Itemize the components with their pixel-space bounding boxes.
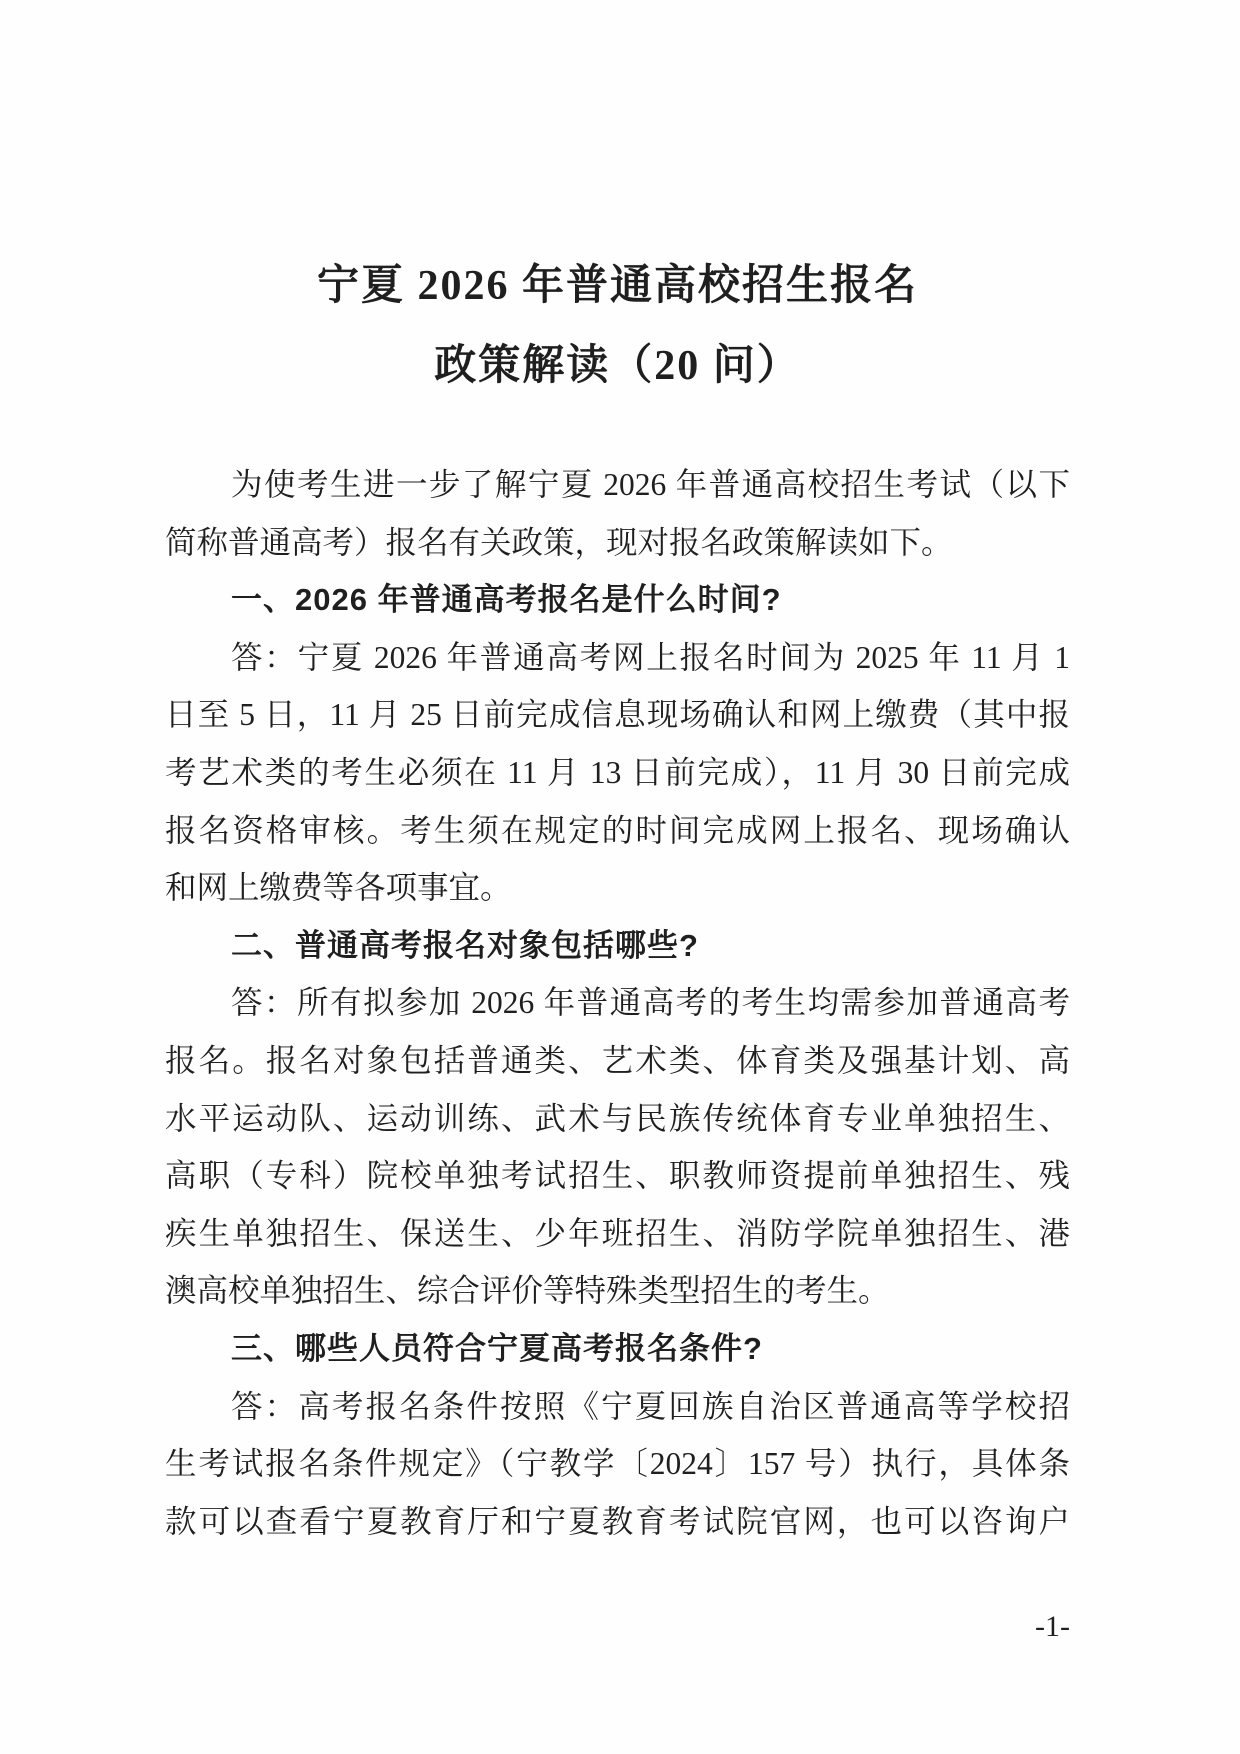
page-number: -1- xyxy=(1035,1608,1070,1646)
answer-line: 答：宁夏 2026 年普通高考网上报名时间为 2025 年 11 月 1 xyxy=(165,629,1070,687)
answer-line: 报名资格审核。考生须在规定的时间完成网上报名、现场确认 xyxy=(165,802,1070,860)
answer-line: 水平运动队、运动训练、武术与民族传统体育专业单独招生、 xyxy=(165,1090,1070,1148)
section-heading-q1: 一、2026 年普通高考报名是什么时间? xyxy=(165,571,1070,629)
section-heading-q3: 三、哪些人员符合宁夏高考报名条件? xyxy=(165,1320,1070,1378)
answer-line: 答：所有拟参加 2026 年普通高考的考生均需参加普通高考 xyxy=(165,974,1070,1032)
answer-line: 疾生单独招生、保送生、少年班招生、消防学院单独招生、港 xyxy=(165,1205,1070,1263)
document-title: 宁夏 2026 年普通高校招生报名 政策解读（20 问） xyxy=(165,246,1070,406)
answer-line: 款可以查看宁夏教育厅和宁夏教育考试院官网，也可以咨询户 xyxy=(165,1493,1070,1551)
answer-line: 报名。报名对象包括普通类、艺术类、体育类及强基计划、高 xyxy=(165,1032,1070,1090)
answer-line: 澳高校单独招生、综合评价等特殊类型招生的考生。 xyxy=(165,1262,1070,1320)
document-page: 宁夏 2026 年普通高校招生报名 政策解读（20 问） 为使考生进一步了解宁夏… xyxy=(0,0,1240,1754)
intro-line: 为使考生进一步了解宁夏 2026 年普通高校招生考试（以下 xyxy=(165,456,1070,514)
title-line-2: 政策解读（20 问） xyxy=(165,326,1070,406)
answer-line: 日至 5 日，11 月 25 日前完成信息现场确认和网上缴费（其中报 xyxy=(165,686,1070,744)
answer-line: 和网上缴费等各项事宜。 xyxy=(165,859,1070,917)
answer-line: 高职（专科）院校单独考试招生、职教师资提前单独招生、残 xyxy=(165,1147,1070,1205)
title-line-1: 宁夏 2026 年普通高校招生报名 xyxy=(165,246,1070,326)
answer-line: 考艺术类的考生必须在 11 月 13 日前完成），11 月 30 日前完成 xyxy=(165,744,1070,802)
intro-line: 简称普通高考）报名有关政策，现对报名政策解读如下。 xyxy=(165,514,1070,572)
answer-line: 答：高考报名条件按照《宁夏回族自治区普通高等学校招 xyxy=(165,1378,1070,1436)
section-heading-q2: 二、普通高考报名对象包括哪些? xyxy=(165,917,1070,975)
answer-line: 生考试报名条件规定》（宁教学〔2024〕157 号）执行，具体条 xyxy=(165,1435,1070,1493)
document-body: 为使考生进一步了解宁夏 2026 年普通高校招生考试（以下 简称普通高考）报名有… xyxy=(165,456,1070,1550)
